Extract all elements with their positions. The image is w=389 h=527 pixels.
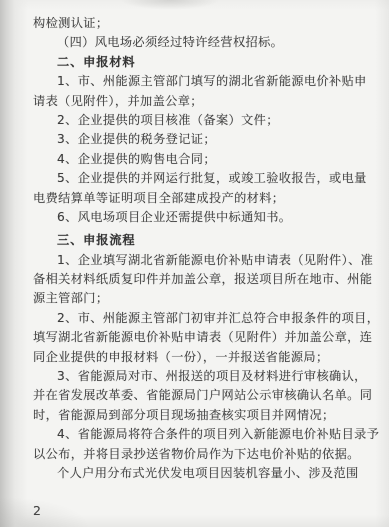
scanned-document-page: 构检测认证； （四）风电场必须经过特许经营权招标。 二、申报材料 1、市、州能源… [0,0,389,527]
text-line: 2、企业提供的项目核准（备案）文件； [33,111,363,130]
text-line: 4、企业提供的购售电合同； [33,150,363,169]
text-line: 6、风电场项目企业还需提供中标通知书。 [33,208,363,227]
scan-gutter-shadow [0,0,28,527]
text-line: 请表（见附件），并加盖公章； [33,92,363,111]
text-line: 1、市、州能源主管部门填写的湖北省新能源电价补贴申 [33,72,363,91]
text-line: 3、省能源局对市、州报送的项目及材料进行审核确认， [33,367,363,386]
text-line: 同企业提供的申报材料（一份），一并报送省能源局； [33,348,363,367]
text-line: 备相关材料纸质复印件并加盖公章，报送项目所在地市、州能 [33,270,363,289]
text-line: 3、企业提供的税务登记证； [33,130,363,149]
text-line: 2、市、州能源主管部门初审并汇总符合申报条件的项目， [33,309,363,328]
document-text-block: 构检测认证； （四）风电场必须经过特许经营权招标。 二、申报材料 1、市、州能源… [33,14,363,483]
text-line: 填写湖北省新能源电价补贴申请表（见附件）并加盖公章，连 [33,328,363,347]
text-line: 5、企业提供的并网运行批复，或竣工验收报告，或电量 [33,169,363,188]
text-line: 4、省能源局将符合条件的项目列入新能源电价补贴目录予 [33,425,363,444]
section-heading-materials: 二、申报材料 [33,53,363,72]
text-line: 源主管部门； [33,289,363,308]
text-line: 并在省发展改革委、省能源局门户网站公示审核确认名单。同 [33,386,363,405]
text-line: 个人户用分布式光伏发电项目因装机容量小、涉及范围 [33,464,363,483]
text-line: （四）风电场必须经过特许经营权招标。 [33,33,363,52]
page-number: 2 [33,503,41,518]
section-heading-process: 三、申报流程 [33,231,363,250]
text-line: 时，省能源局到部分项目现场抽查核实项目并网情况； [33,406,363,425]
text-line: 构检测认证； [33,14,363,33]
text-line: 以公布，并将目录抄送省物价局作为下达电价补贴的依据。 [33,445,363,464]
text-line: 电费结算单等证明项目全部建成投产的材料； [33,189,363,208]
text-line: 1、企业填写湖北省新能源电价补贴申请表（见附件）、准 [33,251,363,270]
